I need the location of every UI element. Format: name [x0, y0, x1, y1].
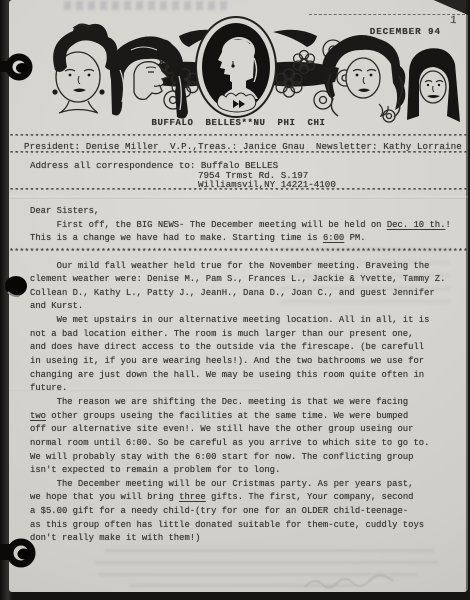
- punched-hole-icon: [2, 272, 34, 302]
- woman-profile-portrait-icon: [110, 36, 188, 118]
- letter-line: First off, the BIG NEWS- The December me…: [30, 219, 464, 233]
- binder-ring-icon: [0, 530, 44, 576]
- scan-background: DECEMBER 94 1: [0, 0, 470, 600]
- letter-line: future.: [30, 382, 464, 396]
- letter-line: changing are just down the hall. We may …: [30, 369, 464, 383]
- masthead-title: BUFFALO BELLES**NU PHI CHI: [9, 118, 468, 128]
- letter-line: off our alternative site even!. We still…: [30, 423, 464, 437]
- letter-line: we hope that you will bring three gifts.…: [30, 491, 464, 505]
- letter-line: isn't expected to remain a problem for t…: [30, 464, 464, 478]
- cameo-icon: [196, 17, 276, 117]
- woman-updo-portrait-icon: [52, 23, 117, 113]
- letter-line: We will probably stay with the 6:00 star…: [30, 451, 464, 465]
- letter-line: two other groups useing the facilities a…: [30, 410, 464, 424]
- letter-line: and does have direct access to the outsi…: [30, 341, 464, 355]
- letter-line: Dear Sisters,: [30, 205, 464, 219]
- newsletter-page: DECEMBER 94 1: [9, 0, 468, 592]
- letter-line: normal room until 6:00. So be careful as…: [30, 437, 464, 451]
- masthead-illustration: [27, 14, 467, 128]
- woman-straight-hair-portrait-icon: [407, 48, 460, 122]
- asterisk-separator: ****************************************…: [9, 188, 468, 196]
- binder-ring-icon: [0, 46, 42, 90]
- letter-line: a $5.00 gift for a needy child-(try for …: [30, 505, 464, 519]
- page-corner-shadow: [426, 0, 468, 15]
- letter-line: This is a change we have had to make. St…: [30, 232, 464, 246]
- bleedthrough-signature: [301, 574, 405, 592]
- letter-line: as this group often has little donated s…: [30, 519, 464, 533]
- letter-line: in useing it, if you are wearing heels!)…: [30, 355, 464, 369]
- letter-line: The December meeting will be our Cristma…: [30, 478, 464, 492]
- bleedthrough-top: [64, 1, 232, 10]
- letter-line: We met upstairs in our alternative meeti…: [30, 314, 464, 328]
- paper-crease: [9, 196, 468, 199]
- bleedthrough-line: [95, 561, 439, 564]
- letter-line: not a bad location either. The room is m…: [30, 328, 464, 342]
- bleedthrough-middle: [280, 248, 450, 306]
- letter-line: don't really make it with them!): [30, 532, 464, 546]
- bleedthrough-line: [105, 549, 435, 552]
- letter-line: The reason we are shifting the Dec. meet…: [30, 396, 464, 410]
- asterisk-separator: ****************************************…: [9, 151, 468, 159]
